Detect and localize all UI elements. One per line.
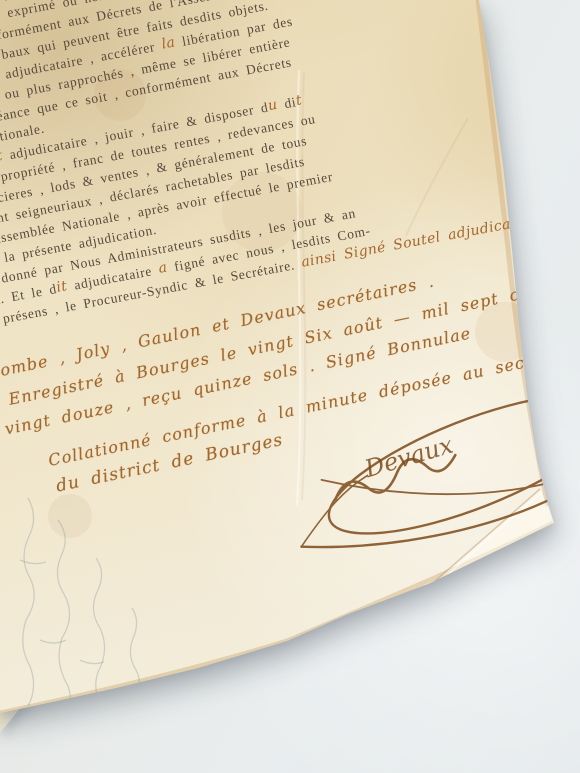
parchment-sheet: ou pour queu , exprimé ou non expriméonf… <box>0 0 580 773</box>
handwritten-insertion: la <box>160 34 176 52</box>
printed-segment: di <box>276 94 297 112</box>
printed-text-block: ou pour queu , exprimé ou non expriméonf… <box>0 0 580 320</box>
photograph: ou pour queu , exprimé ou non expriméonf… <box>0 0 580 773</box>
signature-name: Devaux <box>361 430 457 483</box>
